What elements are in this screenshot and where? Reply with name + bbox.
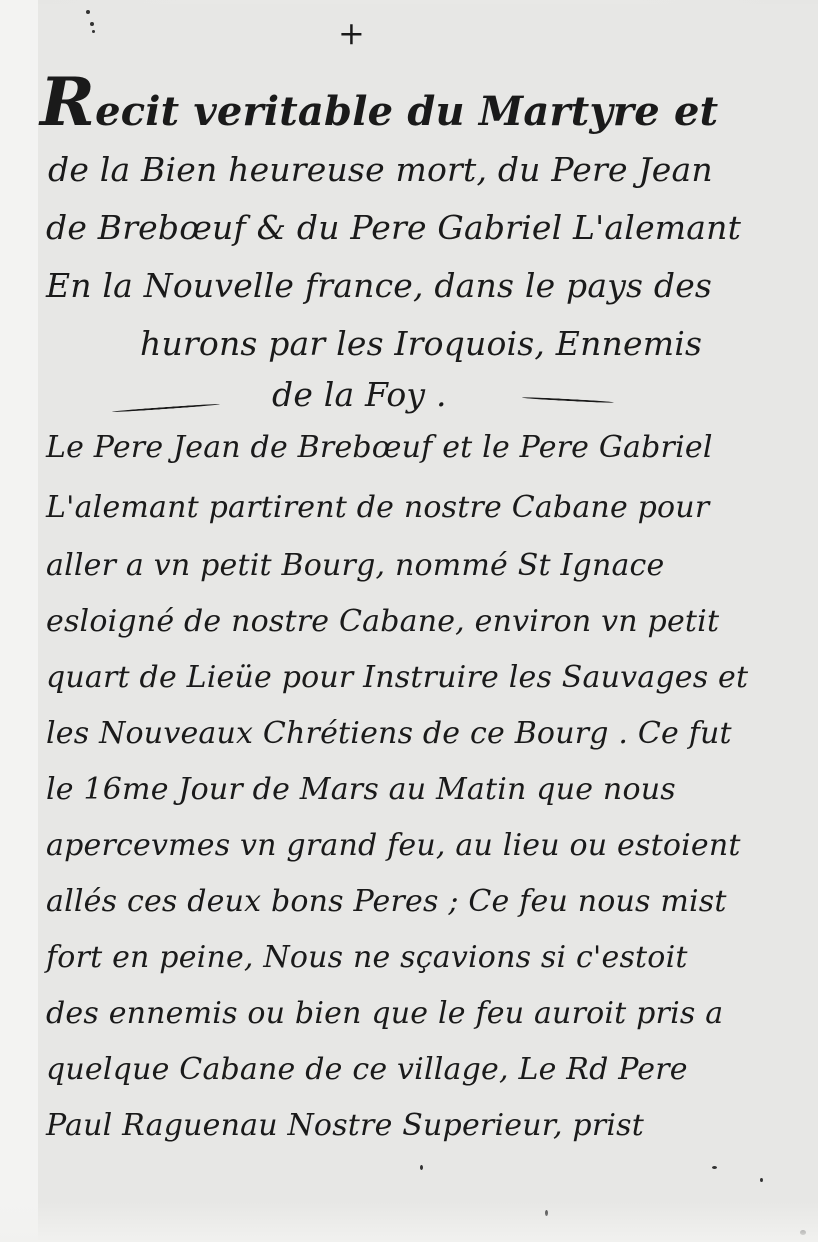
ink-speck [420, 1165, 423, 1170]
body-line-3: aller a vn petit Bourg, nommé St Ignace [46, 548, 665, 583]
body-line-5: quart de Lieüe pour Instruire les Sauvag… [46, 660, 748, 695]
body-line-10: fort en peine, Nous ne sçavions si c'est… [46, 940, 688, 975]
title-line-4: En la Nouvelle france, dans le pays des [46, 266, 712, 305]
ink-speck [712, 1166, 717, 1169]
title-line-1-text: ecit veritable du Martyre et [95, 88, 718, 135]
page-bottom-fade [0, 1202, 818, 1242]
page-left-margin [0, 0, 38, 1242]
body-line-2: L'alemant partirent de nostre Cabane pou… [46, 490, 709, 525]
body-line-7: le 16me Jour de Mars au Matin que nous [46, 772, 676, 807]
title-line-6: de la Foy . [272, 375, 447, 414]
title-initial-capital: R [40, 63, 95, 141]
body-line-13: Paul Raguenau Nostre Superieur, prist [46, 1108, 644, 1143]
manuscript-page: + Recit veritable du Martyre et de la Bi… [0, 0, 818, 1242]
body-line-4: esloigné de nostre Cabane, environ vn pe… [46, 604, 719, 639]
header-cross-mark: + [338, 14, 365, 52]
ink-speck [86, 10, 90, 14]
body-line-6: les Nouveaux Chrétiens de ce Bourg . Ce … [46, 716, 732, 751]
title-line-3: de Brebœuf & du Pere Gabriel L'alemant [46, 208, 741, 247]
ink-speck [760, 1178, 763, 1182]
body-line-1: Le Pere Jean de Brebœuf et le Pere Gabri… [46, 430, 713, 465]
body-line-8: apercevmes vn grand feu, au lieu ou esto… [46, 828, 741, 863]
ink-speck [90, 22, 94, 26]
ink-speck [92, 30, 95, 33]
title-line-5: hurons par les Iroquois, Ennemis [140, 324, 702, 363]
title-line-1: Recit veritable du Martyre et [40, 88, 718, 135]
body-line-9: allés ces deux bons Peres ; Ce feu nous … [46, 884, 727, 919]
body-line-11: des ennemis ou bien que le feu auroit pr… [46, 996, 723, 1031]
body-line-12: quelque Cabane de ce village, Le Rd Pere [46, 1052, 688, 1087]
title-line-2: de la Bien heureuse mort, du Pere Jean [48, 150, 713, 189]
